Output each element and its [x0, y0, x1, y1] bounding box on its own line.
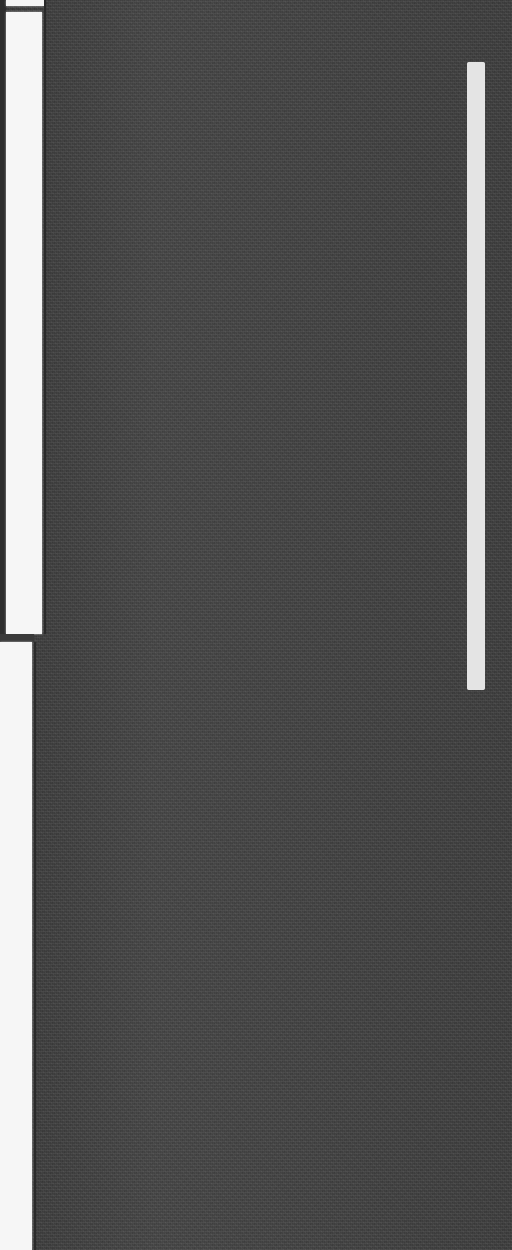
asphalt-texture [0, 0, 512, 1250]
pavement-seam-lower [34, 642, 36, 1250]
edge-line-lower [0, 642, 32, 1250]
edge-line-upper [6, 12, 42, 634]
lane-dash-marking [467, 62, 485, 690]
road-surface-photo [0, 0, 512, 1250]
edge-line-top-cap [6, 0, 44, 6]
edge-line-joint [0, 634, 34, 642]
pavement-seam [44, 0, 46, 634]
